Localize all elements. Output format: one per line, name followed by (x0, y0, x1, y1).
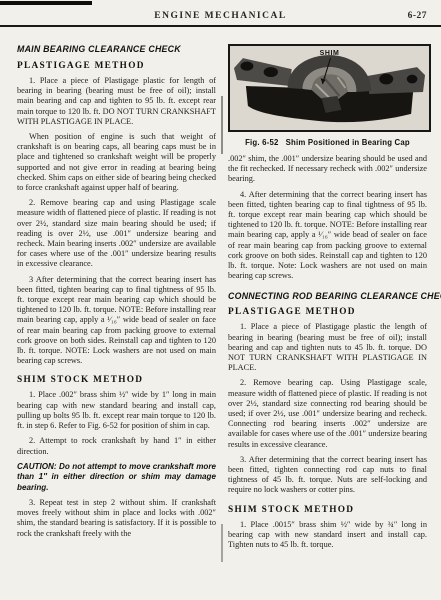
paragraph-shim-step-3: 3. Repeat test in step 2 without shim. I… (17, 498, 216, 539)
scan-artifact-top-bar (0, 1, 92, 5)
paragraph-shim-step-1: 1. Place .002″ brass shim ½″ wide by 1″ … (17, 390, 216, 431)
subsection-heading-plastigage-rod: PLASTIGAGE METHOD (228, 307, 427, 317)
paragraph-rod-step-1: 1. Place a piece of Plastigage plastic t… (228, 322, 427, 373)
subsection-heading-plastigage: PLASTIGAGE METHOD (17, 61, 216, 71)
paragraph-rod-step-3: 3. After determining that the correct be… (228, 455, 427, 496)
left-column: MAIN BEARING CLEARANCE CHECK PLASTIGAGE … (17, 44, 216, 539)
paragraph-engine-position: When position of engine is such that wei… (17, 132, 216, 193)
page-number: 6-27 (408, 11, 427, 21)
figure-6-52-bearing-cap-photo: SHIM (228, 44, 431, 132)
paragraph-shim-step-2: 2. Attempt to rock crankshaft by hand 1″… (17, 436, 216, 456)
figure-caption: Fig. 6-52 Shim Positioned in Bearing Cap (228, 138, 427, 147)
scan-artifact-gutter-line (221, 524, 223, 562)
paragraph-step-1: 1. Place a piece of Plastigage plastic f… (17, 76, 216, 127)
figure-shim-label: SHIM (320, 50, 340, 57)
paragraph-continued: .002″ shim, the .001″ undersize bearing … (228, 154, 427, 185)
paragraph-rod-step-2: 2. Remove bearing cap. Using Plastigage … (228, 378, 427, 449)
subsection-heading-shim-stock: SHIM STOCK METHOD (17, 375, 216, 385)
scan-artifact-gutter-line (221, 96, 223, 154)
header-rule (0, 25, 441, 27)
section-heading-main-bearing: MAIN BEARING CLEARANCE CHECK (17, 44, 216, 54)
caution-note: CAUTION: Do not attempt to move cranksha… (17, 462, 216, 493)
paragraph-step-2: 2. Remove bearing cap and using Plastiga… (17, 198, 216, 269)
subsection-heading-shim-stock-rod: SHIM STOCK METHOD (228, 505, 427, 515)
bearing-cap-photo-illustration: SHIM (230, 46, 429, 130)
paragraph-rod-shim-step-1: 1. Place .0015″ brass shim ½″ wide by ¾″… (228, 520, 427, 551)
section-heading-connecting-rod: CONNECTING ROD BEARING CLEARANCE CHECK (228, 291, 427, 301)
running-header-title: ENGINE MECHANICAL (0, 11, 441, 21)
paragraph-step-3: 3 After determining that the correct bea… (17, 275, 216, 367)
paragraph-step-4: 4. After determining that the correct be… (228, 190, 427, 282)
manual-page: ENGINE MECHANICAL 6-27 MAIN BEARING CLEA… (0, 0, 441, 600)
right-column: SHIM Fig. 6-52 Shim Positioned in Bearin… (228, 44, 427, 550)
